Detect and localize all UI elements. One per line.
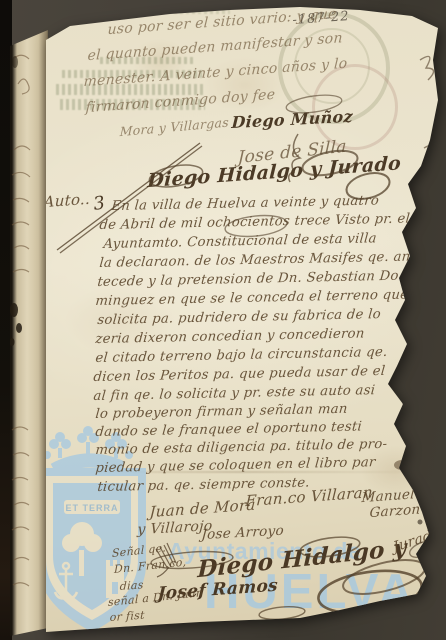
shield-banner-label: ET TERRA [66, 503, 119, 513]
paragraph-mark: 3 [92, 192, 107, 214]
shield-vertical-label: PORTUS MARIS [37, 509, 47, 592]
manuscript-line: al fin qe. lo solicita y pr. este su aut… [93, 383, 376, 404]
margin-note: or fist [110, 609, 146, 625]
manuscript-line: tecede y la pretension de Dn. Sebastian … [97, 269, 400, 290]
manuscript-line: la declaraon. de los Maestros Masifes qe… [99, 249, 411, 271]
anchor-icon [55, 563, 77, 598]
manuscript-line: minguez en que se le conceda el terreno … [95, 287, 409, 309]
signature-diego-hidalgo-big-2: Jurado [392, 525, 442, 556]
archive-scan: ET TERRA PORTUS MARIS [0, 0, 446, 640]
margin-auto-label: Auto.. [43, 190, 90, 211]
red-seal-stamp [312, 64, 398, 150]
rubrica-flourish [316, 565, 425, 619]
signature-mora-villargas: Mora y Villargas [119, 114, 229, 139]
manuscript-line: dando se le franquee el oportuno testi [95, 419, 363, 440]
manuscript-line: de Abril de mil ochocientos trece Visto … [99, 211, 411, 233]
margin-note: Señal qe. [112, 541, 166, 560]
manuscript-line: En la villa de Huelva a veinte y quatro [111, 193, 380, 214]
signature-jose-arroyo: Jose Arroyo [201, 523, 285, 543]
signature-manuel-garzon-2: Garzon [369, 501, 421, 521]
tree-icon [62, 522, 102, 576]
manuscript-line: dicen los Peritos pa. que pueda usar de … [93, 364, 386, 385]
manuscript-line: lo probeyeron firman y señalan man [95, 402, 349, 422]
page-shadow-wrap: ET TERRA PORTUS MARIS [0, 0, 446, 640]
manuscript-page: ET TERRA PORTUS MARIS [0, 0, 446, 640]
manuscript-line: el citado terreno bajo la circunstancia … [95, 345, 388, 366]
manuscript-line: solicita pa. pudridero de su fabrica de … [97, 307, 382, 328]
margin-note: dias [120, 578, 144, 593]
manuscript-line: Ayuntamto. Constitucional de esta villa [103, 231, 378, 252]
verso-print-showthrough [150, 8, 230, 14]
manuscript-line: zeria dixeron concedian y concedieron [95, 326, 366, 347]
signature-juan-de-mora: Juan de Mora [149, 496, 256, 522]
